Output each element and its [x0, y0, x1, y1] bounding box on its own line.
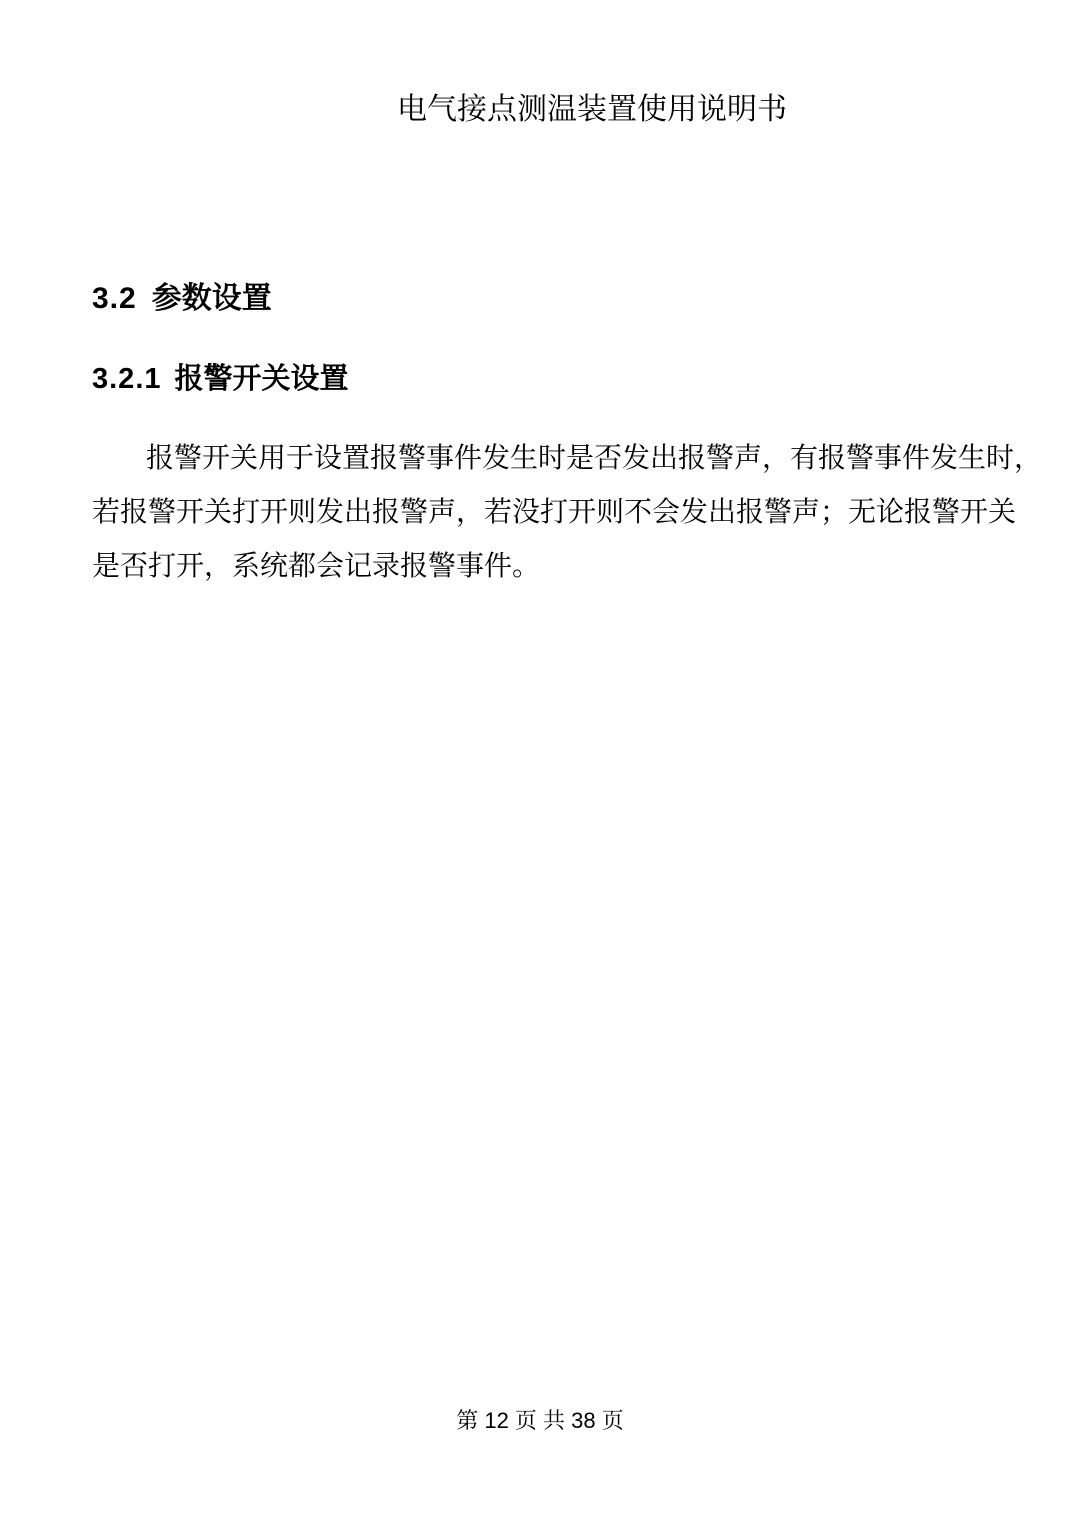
section-title: 参数设置 [152, 282, 272, 315]
document-page: 电气接点测温装置使用说明书 3.2参数设置 3.2.1报警开关设置 报警开关用于… [0, 0, 1080, 1527]
subsection-heading-3-2-1: 3.2.1报警开关设置 [92, 363, 349, 396]
document-title: 电气接点测温装置使用说明书 [397, 93, 787, 126]
page-number-label: 第 12 页 共 38 页 [456, 1408, 624, 1433]
section-heading-3-2: 3.2参数设置 [92, 282, 272, 316]
paragraph-line: 报警开关用于设置报警事件发生时是否发出报警声，有报警事件发生时， [92, 431, 994, 485]
subsection-title: 报警开关设置 [175, 363, 349, 395]
section-number: 3.2 [92, 282, 137, 315]
paragraph-line: 是否打开，系统都会记录报警事件。 [92, 539, 994, 593]
paragraph-line: 若报警开关打开则发出报警声，若没打开则不会发出报警声；无论报警开关 [92, 485, 994, 539]
body-paragraph: 报警开关用于设置报警事件发生时是否发出报警声，有报警事件发生时， 若报警开关打开… [92, 431, 994, 593]
page-footer: 第 12 页 共 38 页 [0, 1407, 1080, 1435]
page-header: 电气接点测温装置使用说明书 [0, 93, 1080, 127]
subsection-number: 3.2.1 [92, 363, 162, 395]
